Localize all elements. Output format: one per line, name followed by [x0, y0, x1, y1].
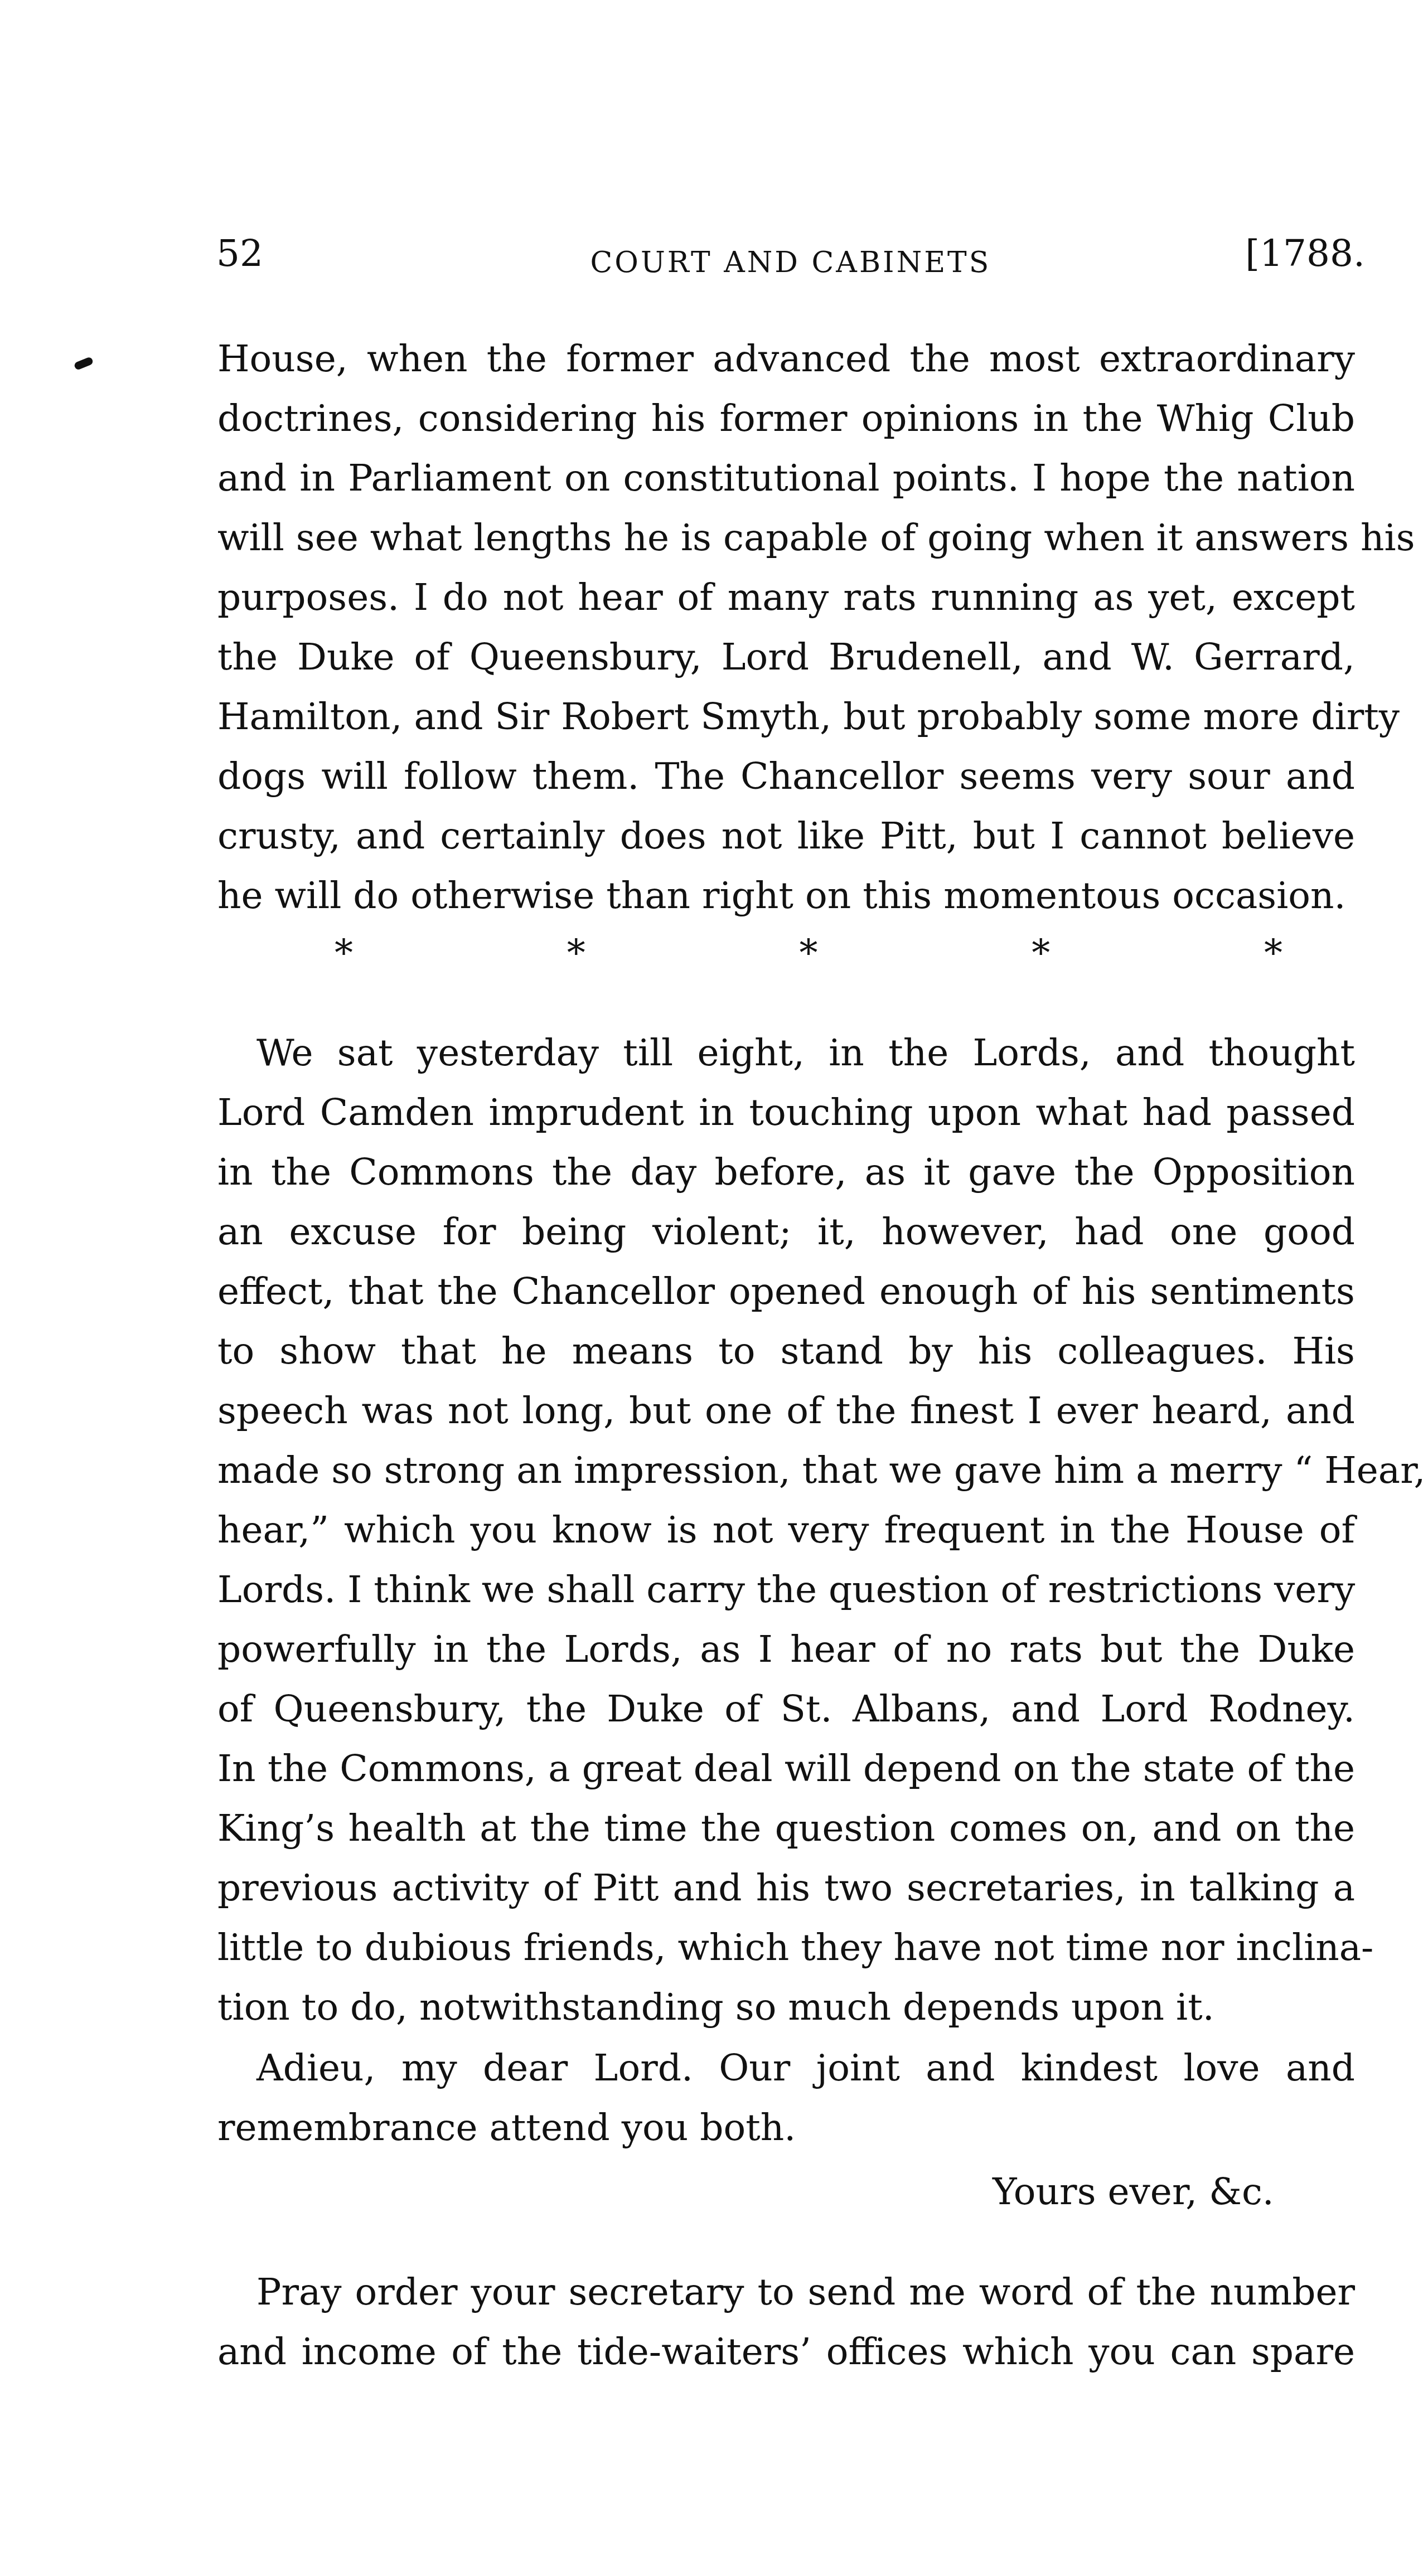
text-line: effect, that the Chancellor opened enoug…	[217, 1262, 1355, 1321]
text-line: speech was not long, but one of the fine…	[217, 1381, 1355, 1440]
text-line: in the Commons the day before, as it gav…	[217, 1142, 1355, 1202]
letter-signoff: Yours ever, &c.	[993, 2162, 1274, 2221]
text-line: an excuse for being violent; it, however…	[217, 1202, 1355, 1262]
text-line: to show that he means to stand by his co…	[217, 1321, 1355, 1381]
text-line: little to dubious friends, which they ha…	[217, 1918, 1355, 1977]
text-line: Lord Camden imprudent in touching upon w…	[217, 1083, 1355, 1142]
text-line: remembrance attend you both.	[217, 2098, 1355, 2157]
asterisk: *	[335, 925, 353, 981]
text-line: hear,” which you know is not very freque…	[217, 1500, 1355, 1560]
text-line: crusty, and certainly does not like Pitt…	[217, 806, 1355, 866]
text-line: doctrines, considering his former opinio…	[217, 389, 1355, 448]
asterisk: *	[1032, 925, 1050, 981]
text-line: previous activity of Pitt and his two se…	[217, 1858, 1355, 1918]
running-title: COURT AND CABINETS	[216, 232, 1365, 293]
text-line: purposes. I do not hear of many rats run…	[217, 567, 1355, 627]
paragraph-lords-session: We sat yesterday till eight, in the Lord…	[217, 1023, 1355, 2037]
text-line: he will do otherwise than right on this …	[217, 866, 1355, 925]
text-line: Hamilton, and Sir Robert Smyth, but prob…	[217, 687, 1355, 746]
text-line: the Duke of Queensbury, Lord Brudenell, …	[217, 627, 1355, 687]
book-page: 52 COURT AND CABINETS [1788. House, when…	[0, 0, 1428, 2576]
asterisk: *	[800, 925, 818, 981]
paragraph-closing: Adieu, my dear Lord. Our joint and kinde…	[217, 2038, 1355, 2157]
text-line: Pray order your secretary to send me wor…	[217, 2262, 1355, 2322]
text-line: and in Parliament on constitutional poin…	[217, 448, 1355, 508]
running-head: 52 COURT AND CABINETS [1788.	[216, 223, 1365, 284]
stray-ink-mark	[74, 356, 94, 371]
paragraph-continued: House, when the former advanced the most…	[217, 329, 1355, 925]
asterisk: *	[567, 925, 585, 981]
year-marker: [1788.	[1245, 223, 1365, 284]
text-line: of Queensbury, the Duke of St. Albans, a…	[217, 1679, 1355, 1739]
text-line: In the Commons, a great deal will depend…	[217, 1739, 1355, 1798]
text-line: tion to do, notwithstanding so much depe…	[217, 1977, 1355, 2037]
text-line: Adieu, my dear Lord. Our joint and kinde…	[217, 2038, 1355, 2098]
paragraph-postscript: Pray order your secretary to send me wor…	[217, 2262, 1355, 2381]
text-line: and income of the tide-waiters’ offices …	[217, 2322, 1355, 2381]
asterisk: *	[1264, 925, 1282, 981]
text-line: House, when the former advanced the most…	[217, 329, 1355, 389]
text-line: made so strong an impression, that we ga…	[217, 1440, 1355, 1500]
text-line: powerfully in the Lords, as I hear of no…	[217, 1619, 1355, 1679]
text-line: will see what lengths he is capable of g…	[217, 508, 1355, 567]
text-line: Lords. I think we shall carry the questi…	[217, 1560, 1355, 1619]
section-separator: * * * * *	[335, 925, 1282, 981]
text-line: We sat yesterday till eight, in the Lord…	[217, 1023, 1355, 1083]
text-line: King’s health at the time the question c…	[217, 1798, 1355, 1858]
text-line: dogs will follow them. The Chancellor se…	[217, 746, 1355, 806]
